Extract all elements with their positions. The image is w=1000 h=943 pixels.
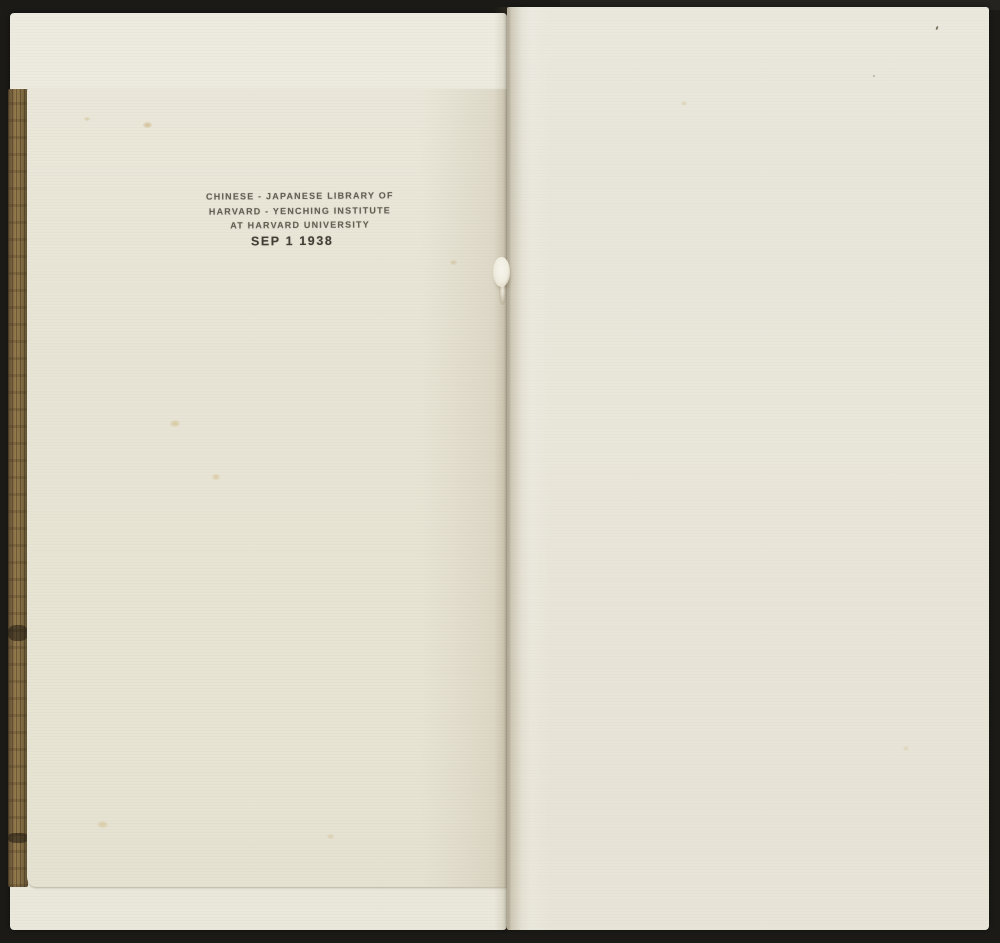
board-edge: [8, 89, 28, 887]
right-page: [507, 7, 989, 930]
stamp-line-2: HARVARD - YENCHING INSTITUTE: [200, 203, 400, 219]
gutter-tear-tail: [499, 283, 506, 305]
stamp-date: SEP 1 1938: [192, 233, 392, 248]
board-edge-mark: [8, 625, 28, 641]
stamp-line-1: CHINESE - JAPANESE LIBRARY OF: [200, 188, 400, 204]
book-scan: CHINESE - JAPANESE LIBRARY OF HARVARD - …: [0, 0, 1000, 943]
board-edge-mark: [8, 833, 28, 843]
library-stamp: CHINESE - JAPANESE LIBRARY OF HARVARD - …: [200, 188, 400, 248]
stamp-line-3: AT HARVARD UNIVERSITY: [200, 217, 400, 233]
